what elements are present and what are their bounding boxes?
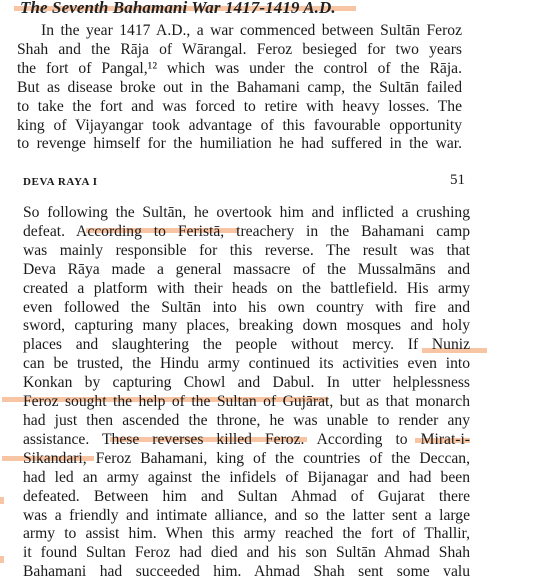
text-line: king of Vijayangar took advantage of thi… xyxy=(17,117,462,136)
text-line: had led an army against the infidels of … xyxy=(23,469,470,488)
text-line: Shah and the Rāja of Wārangal. Feroz bes… xyxy=(17,41,462,60)
text-line: created a platform with their heads on t… xyxy=(23,280,470,299)
text-line: to take the fort and was forced to retir… xyxy=(17,98,462,117)
text-line: Deva Rāya made a general massacre of the… xyxy=(23,261,470,280)
text-line: it found Sultan Feroz had died and his s… xyxy=(23,544,470,563)
text-line: In the year 1417 A.D., a war commenced b… xyxy=(17,22,462,41)
document-page: The Seventh Bahamani War 1417-1419 A.D. … xyxy=(0,0,535,584)
text-line: So following the Sultān, he overtook him… xyxy=(23,204,470,223)
page-number: 51 xyxy=(450,172,465,189)
text-line: assistance. These reverses killed Feroz.… xyxy=(23,431,470,450)
text-line: can be trusted, the Hindu army continued… xyxy=(23,355,470,374)
text-line: army to assist him. When this army reach… xyxy=(23,525,470,544)
text-line: Feroz sought the help of the Sultan of G… xyxy=(23,393,470,412)
text-line: defeat. According to Feristā, treachery … xyxy=(23,223,470,242)
margin-mark xyxy=(0,497,4,504)
section-title: The Seventh Bahamani War 1417-1419 A.D. xyxy=(20,0,336,18)
text-line: Sikandari, Feroz Bahamani, king of the c… xyxy=(23,450,470,469)
text-line: sword, capturing many places, breaking d… xyxy=(23,317,470,336)
text-line: even followed the Sultān into his own co… xyxy=(23,299,470,318)
text-line: the fort of Pangal,¹² which was under th… xyxy=(17,60,462,79)
text-line: defeated. Between him and Sultan Ahmad o… xyxy=(23,488,470,507)
text-line: was a friendly and intimate alliance, an… xyxy=(23,507,470,526)
margin-mark xyxy=(0,556,4,563)
paragraph-2: So following the Sultān, he overtook him… xyxy=(23,204,470,582)
text-line: was mainly responsible for this reverse.… xyxy=(23,242,470,261)
text-line: Bahamani had succeeded him. Ahmad Shah s… xyxy=(23,563,470,582)
text-line: Konkan by capturing Chowl and Dabul. In … xyxy=(23,374,470,393)
paragraph-1: In the year 1417 A.D., a war commenced b… xyxy=(17,22,462,154)
text-line: places and slaughtering the people witho… xyxy=(23,336,470,355)
text-line: had just then ascended the throne, he wa… xyxy=(23,412,470,431)
text-line: But as disease broke out in the Bahamani… xyxy=(17,79,462,98)
running-head: DEVA RAYA I xyxy=(23,176,98,188)
text-line: to revenge himself for the humiliation h… xyxy=(17,135,462,154)
